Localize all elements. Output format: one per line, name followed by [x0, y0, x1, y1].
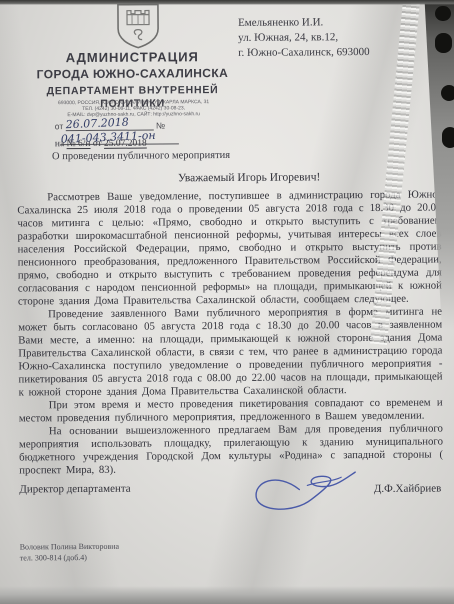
executor-name: Воловик Полина Викторовна [20, 542, 119, 553]
body-paragraph: При этом время и место проведения пикети… [19, 396, 443, 425]
recipient-street: ул. Южная, 24, кв.12, [238, 30, 408, 46]
dept-line1: ДЕПАРТАМЕНТ ВНУТРЕННЕЙ [16, 84, 248, 98]
photo-top-shadow [0, 0, 454, 5]
photo-bottom-shadow [0, 586, 454, 604]
body-paragraph: На основании вышеизложенного предлагаем … [19, 422, 443, 477]
ref-prefix: на [55, 139, 64, 149]
recipient-name: Емельяненко И.И. [238, 15, 408, 31]
recipient-city: г. Южно-Сахалинск, 693000 [238, 45, 408, 61]
org-line1: АДМИНИСТРАЦИЯ [16, 49, 248, 66]
sleeve-hole [435, 6, 451, 21]
signer-name: Д.Ф.Хайбриев [374, 483, 442, 495]
document-photo: АДМИНИСТРАЦИЯ ГОРОДА ЮЖНО-САХАЛИНСКА ДЕП… [0, 0, 454, 604]
date-prefix: от [55, 121, 64, 131]
ref-of: от [93, 139, 102, 149]
ref-number: № 6/н [67, 139, 91, 149]
reply-reference-line: на № 6/н от 25.07.2018 [55, 139, 147, 150]
recipient-block: Емельяненко И.И. ул. Южная, 24, кв.12, г… [238, 15, 408, 61]
executor-phone: тел. 300-814 (доб.4) [20, 552, 119, 563]
signature-row: Директор департамента Д.Ф.Хайбриев [19, 480, 443, 483]
salutation: Уважаемый Игорь Игоревич! [119, 171, 379, 185]
organization-name: АДМИНИСТРАЦИЯ ГОРОДА ЮЖНО-САХАЛИНСКА [16, 49, 248, 82]
ref-date: 25.07.2018 [104, 139, 147, 149]
signature-scribble [247, 467, 357, 520]
org-line2: ГОРОДА ЮЖНО-САХАЛИНСКА [16, 66, 248, 82]
coat-of-arms-emblem [114, 2, 162, 48]
sleeve-hole [442, 127, 454, 148]
executor-block: Воловик Полина Викторовна тел. 300-814 (… [20, 542, 119, 564]
signer-position: Директор департамента [19, 483, 130, 496]
number-prefix: № [156, 120, 165, 130]
sleeve-hole [435, 33, 452, 53]
handwritten-date: 26.07.2018 [65, 116, 128, 132]
subject-line: О проведении публичного мероприятия [52, 150, 230, 162]
sleeve-hole [441, 85, 454, 101]
